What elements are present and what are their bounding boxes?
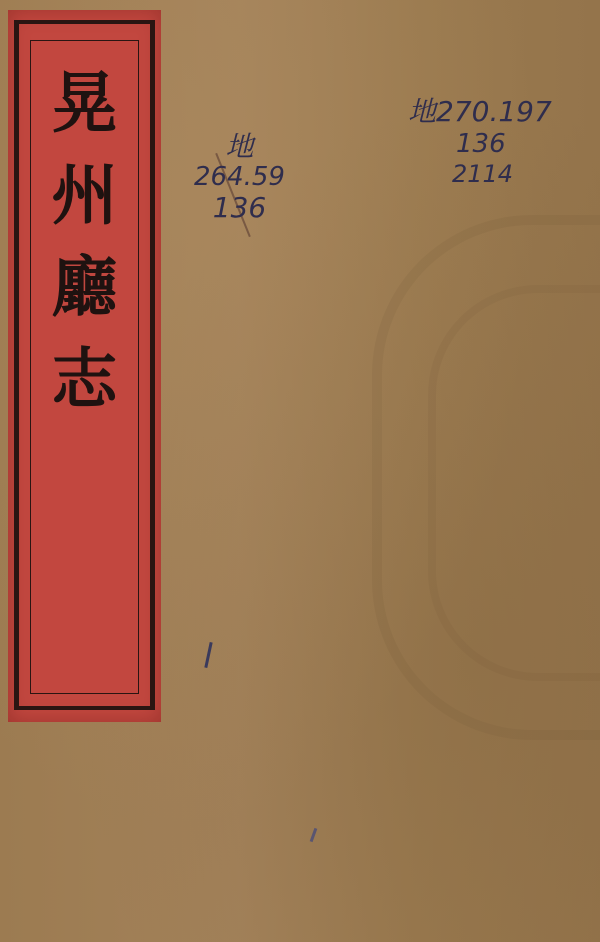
ink-mark bbox=[310, 828, 318, 842]
annotation-line: 地 bbox=[194, 132, 285, 162]
book-cover: 晃 州 廳 志 地 264.59 136 地270.197 136 2114 bbox=[0, 0, 600, 942]
ink-mark bbox=[204, 642, 212, 668]
annotation-line: 136 bbox=[194, 192, 285, 224]
annotation-line: 264.59 bbox=[194, 162, 285, 192]
book-title: 晃 州 廳 志 bbox=[8, 68, 161, 414]
catalog-annotation-left: 地 264.59 136 bbox=[194, 132, 285, 224]
faint-stamp-watermark-inner bbox=[428, 285, 600, 681]
annotation-line: 地270.197 bbox=[408, 96, 552, 128]
catalog-annotation-right: 地270.197 136 2114 bbox=[408, 96, 552, 188]
title-char-1: 晃 bbox=[52, 68, 118, 138]
title-char-2: 州 bbox=[52, 160, 118, 230]
title-char-4: 志 bbox=[52, 344, 118, 414]
annotation-line: 136 bbox=[408, 128, 552, 160]
title-label: 晃 州 廳 志 bbox=[8, 10, 161, 722]
title-char-3: 廳 bbox=[52, 252, 118, 322]
annotation-line: 2114 bbox=[408, 160, 552, 188]
